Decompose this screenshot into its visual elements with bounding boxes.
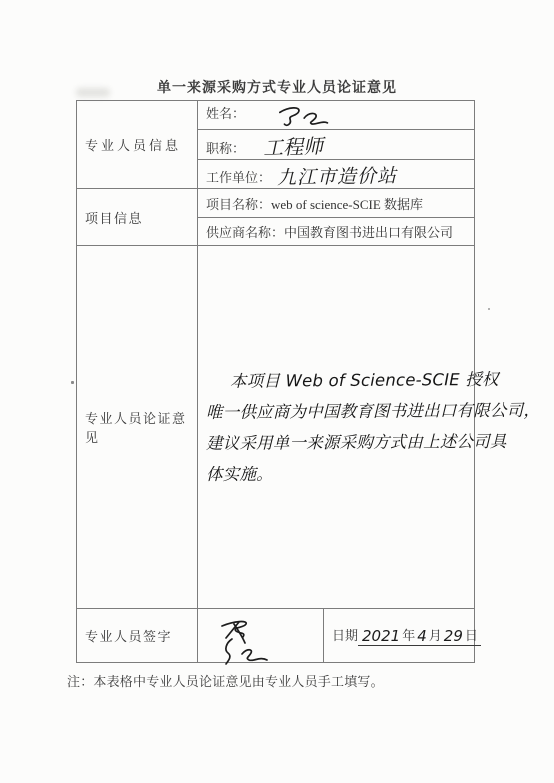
handwritten-day: 29 [442, 627, 465, 645]
cell-opinion: 本项目 Web of Science-SCIE 授权 唯一供应商为中国教育图书进… [198, 246, 475, 609]
cell-title: 职称：工程师 [198, 130, 475, 160]
handwritten-signature [212, 612, 290, 670]
section-opinion: 专业人员论证意见 [77, 246, 198, 609]
footer-note: 注：本表格中专业人员论证意见由专业人员手工填写。 [67, 671, 384, 690]
cell-workunit: 工作单位：九江市造价站 [198, 160, 475, 189]
handwritten-opinion-line: 本项目 Web of Science-SCIE 授权 [206, 364, 474, 397]
row-signature: 专业人员签字 日期2021年4月29日 [77, 609, 475, 663]
handwritten-opinion-line: 唯一供应商为中国教育图书进出口有限公司， [206, 395, 474, 428]
cell-supplier: 供应商名称：中国教育图书进出口有限公司 [198, 218, 475, 246]
supplier-label: 供应商名称： [206, 225, 284, 240]
row-project-name: 项目信息 项目名称：web of science-SCIE 数据库 [77, 189, 475, 218]
handwritten-year: 2021 [360, 627, 402, 645]
section-signature: 专业人员签字 [77, 609, 198, 663]
title-label: 职称： [206, 141, 245, 156]
name-label: 姓名： [206, 106, 245, 121]
cell-signature [198, 609, 324, 663]
scan-speck [488, 308, 490, 310]
handwritten-title-value: 工程师 [263, 130, 324, 161]
handwritten-opinion-line: 建议采用单一来源采购方式由上述公司具 [206, 426, 474, 459]
scanned-document-page: 单一来源采购方式专业人员论证意见 专业人员信息 姓名： 职称：工程师 工作单位：… [0, 0, 554, 783]
handwritten-opinion-line: 体实施。 [206, 457, 474, 490]
cell-project-name: 项目名称：web of science-SCIE 数据库 [198, 189, 475, 218]
date-label: 日期 [332, 628, 358, 643]
workunit-label: 工作单位： [206, 170, 271, 185]
opinion-form-table: 专业人员信息 姓名： 职称：工程师 工作单位：九江市造价站 项目信息 项目名称：… [76, 100, 475, 663]
cell-name: 姓名： [198, 101, 475, 130]
month-unit: 月 [429, 628, 442, 643]
project-name-label: 项目名称： [206, 197, 271, 212]
document-title: 单一来源采购方式专业人员论证意见 [0, 77, 554, 97]
section-project-info: 项目信息 [77, 189, 198, 246]
handwritten-workunit-value: 九江市造价站 [277, 160, 397, 189]
supplier-value: 中国教育图书进出口有限公司 [284, 225, 453, 240]
year-unit: 年 [402, 628, 415, 643]
cell-date: 日期2021年4月29日 [324, 609, 475, 663]
row-opinion: 专业人员论证意见 本项目 Web of Science-SCIE 授权 唯一供应… [77, 246, 475, 609]
handwritten-name-signature [276, 102, 335, 131]
section-personnel-info: 专业人员信息 [77, 101, 198, 189]
row-name: 专业人员信息 姓名： [77, 101, 475, 130]
handwritten-month: 4 [415, 627, 429, 645]
project-name-value: web of science-SCIE 数据库 [271, 197, 423, 212]
scan-speck [71, 381, 74, 384]
date-value-group: 2021年4月29日 [358, 625, 481, 646]
day-unit: 日 [465, 628, 478, 643]
